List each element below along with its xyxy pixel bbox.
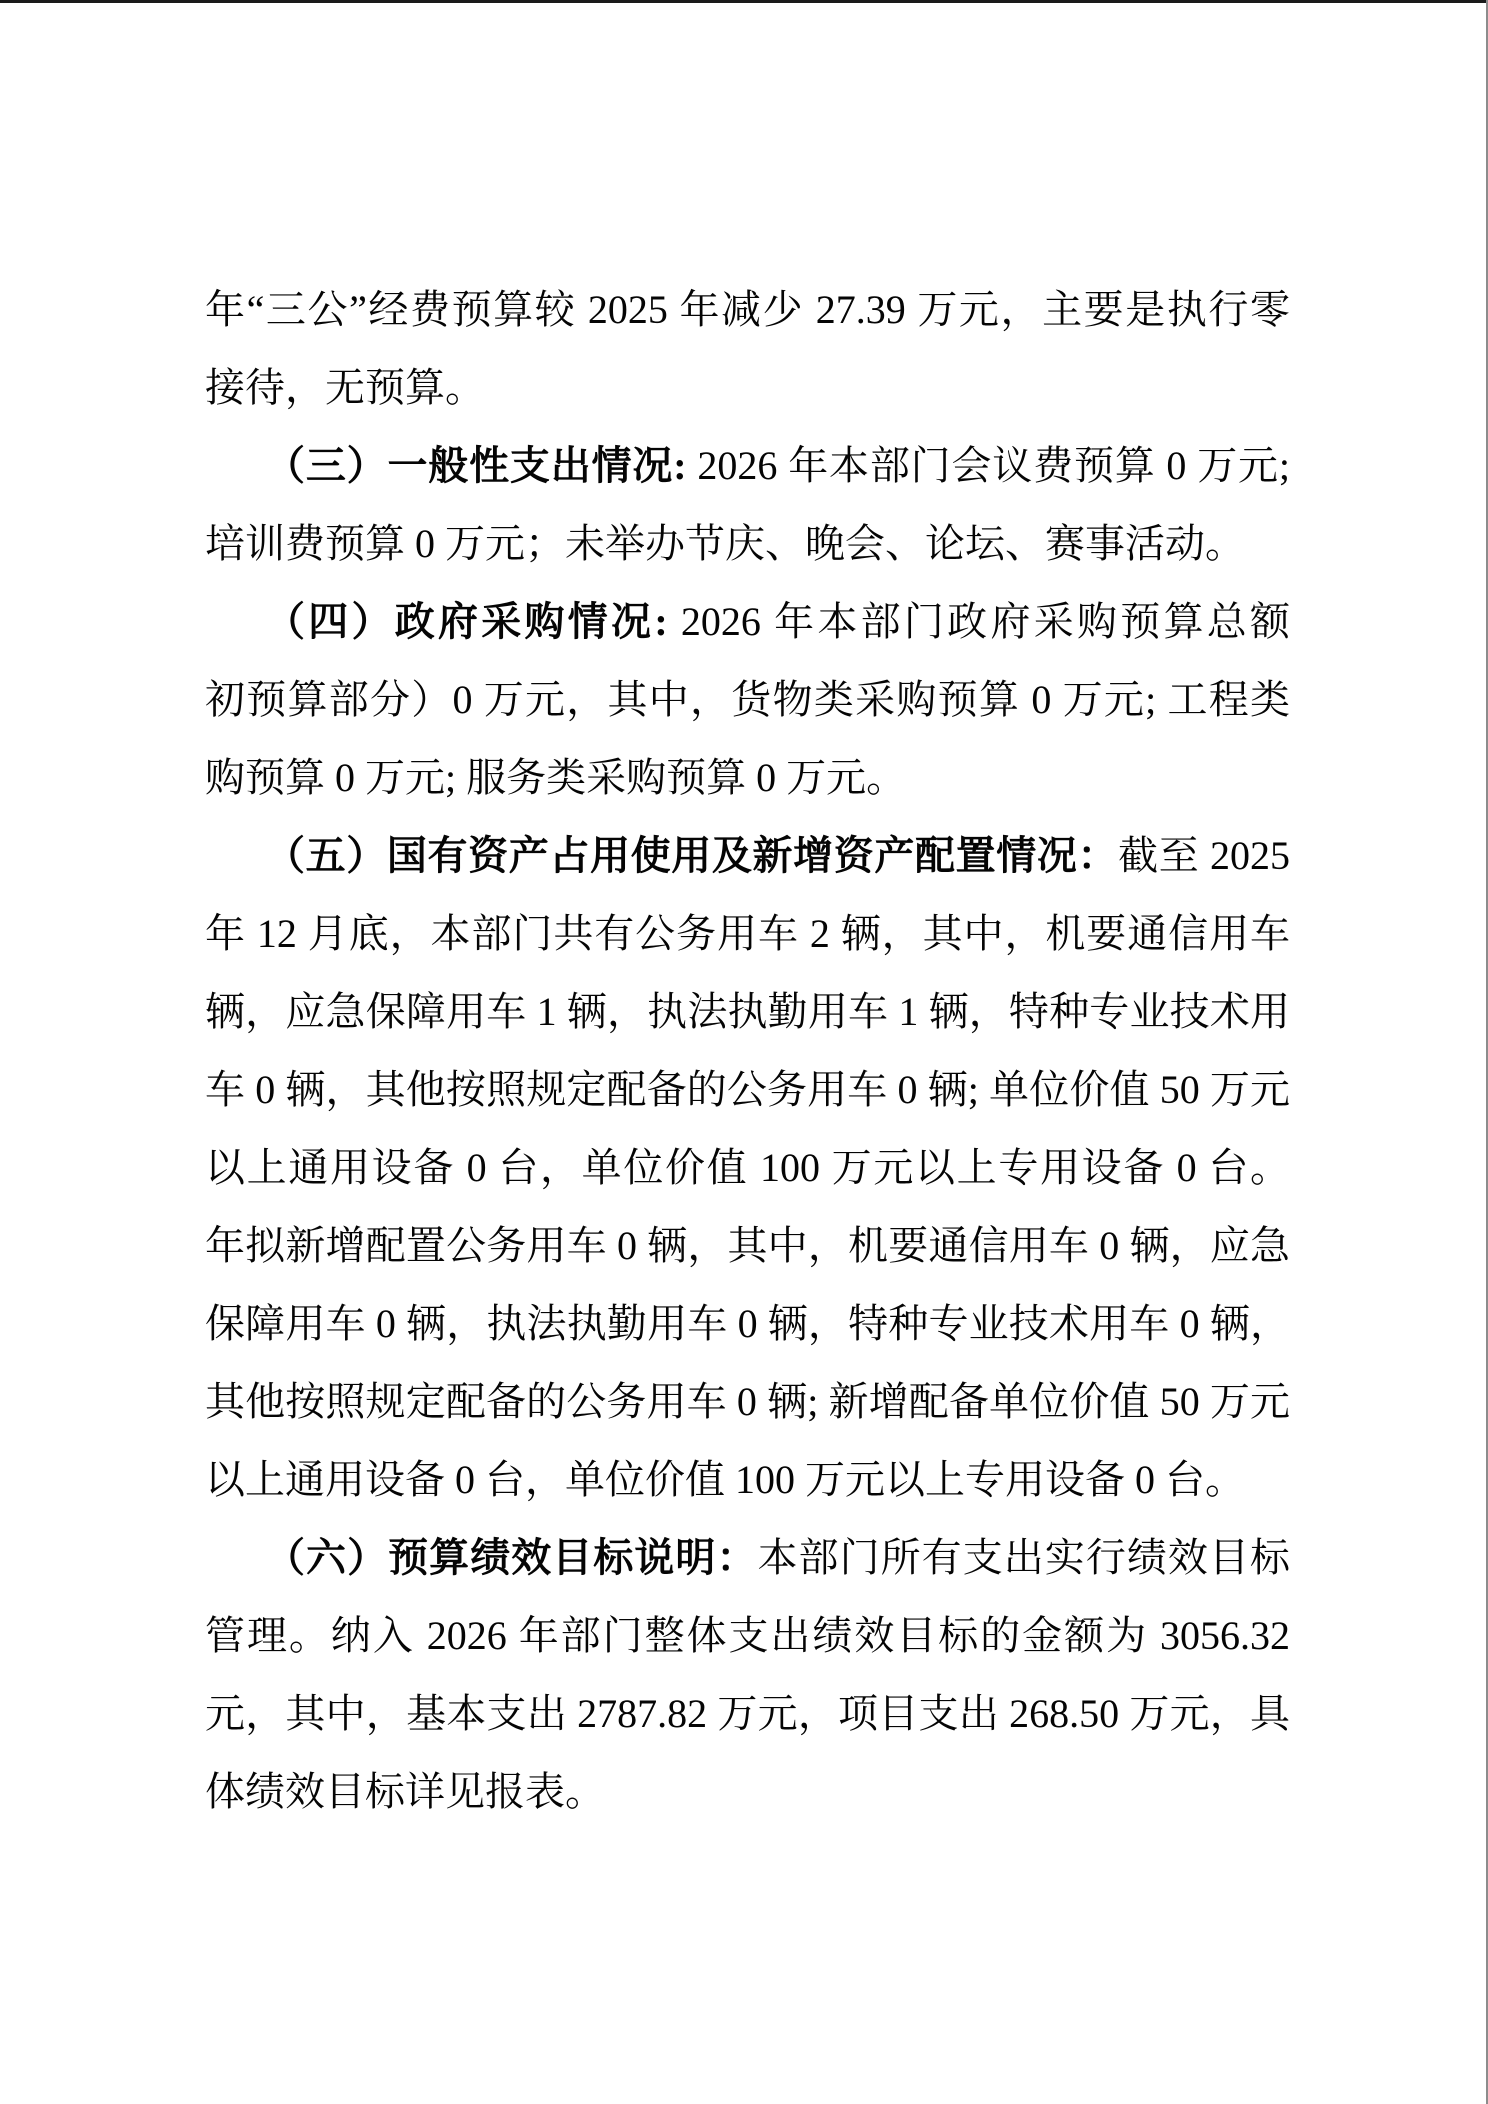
line-text: 体绩效目标详见报表。 [205,1769,605,1814]
text-line: 保障用车 0 辆，执法执勤用车 0 辆，特种专业技术用车 0 辆， [205,1285,1290,1363]
text-line: 初预算部分）0 万元，其中，货物类采购预算 0 万元; 工程类采 [205,661,1290,739]
text-line: 购预算 0 万元; 服务类采购预算 0 万元。 [205,739,1290,817]
page-top-edge [0,0,1488,3]
line-text: 其他按照规定配备的公务用车 0 辆; 新增配备单位价值 50 万元 [205,1379,1290,1424]
line-text: 购预算 0 万元; 服务类采购预算 0 万元。 [205,755,906,800]
line-text: 以上通用设备 0 台，单位价值 100 万元以上专用设备 0 台。 [205,1457,1245,1502]
text-line: 车 0 辆，其他按照规定配备的公务用车 0 辆; 单位价值 50 万元 [205,1051,1290,1129]
text-line: 体绩效目标详见报表。 [205,1753,1290,1831]
line-text: 培训费预算 0 万元；未举办节庆、晚会、论坛、赛事活动。 [205,521,1245,566]
line-text: 初预算部分）0 万元，其中，货物类采购预算 0 万元; 工程类采 [205,677,1290,739]
heading-bold: （四）政府采购情况: [265,599,668,644]
line-text: 保障用车 0 辆，执法执勤用车 0 辆，特种专业技术用车 0 辆， [205,1301,1290,1346]
line-text: 年拟新增配置公务用车 0 辆，其中，机要通信用车 0 辆，应急 [205,1223,1290,1268]
text-line: 年 12 月底，本部门共有公务用车 2 辆，其中，机要通信用车 0 [205,895,1290,973]
line-text: 车 0 辆，其他按照规定配备的公务用车 0 辆; 单位价值 50 万元 [205,1067,1290,1112]
line-text: 元，其中，基本支出 2787.82 万元，项目支出 268.50 万元，具 [205,1691,1290,1736]
text-line: 元，其中，基本支出 2787.82 万元，项目支出 268.50 万元，具 [205,1675,1290,1753]
heading-bold: （五）国有资产占用使用及新增资产配置情况： [265,833,1118,878]
line-text: 截至 2025 [1118,833,1290,878]
text-line: 管理。纳入 2026 年部门整体支出绩效目标的金额为 3056.32 万 [205,1597,1290,1675]
line-text: 管理。纳入 2026 年部门整体支出绩效目标的金额为 3056.32 万 [205,1613,1290,1675]
text-line: 以上通用设备 0 台，单位价值 100 万元以上专用设备 0 台。 [205,1441,1290,1519]
section-heading-line: （三）一般性支出情况: 2026 年本部门会议费预算 0 万元; [205,427,1290,505]
text-line: 年“三公”经费预算较 2025 年减少 27.39 万元，主要是执行零 [205,271,1290,349]
document-text-block: 年“三公”经费预算较 2025 年减少 27.39 万元，主要是执行零 接待，无… [205,271,1290,1831]
section-heading-line: （四）政府采购情况: 2026 年本部门政府采购预算总额（年 [205,583,1290,661]
line-text: 接待，无预算。 [205,365,485,410]
section-heading-line: （六）预算绩效目标说明：本部门所有支出实行绩效目标 [205,1519,1290,1597]
line-text: 2026 年本部门会议费预算 0 万元; [687,443,1290,488]
line-text: 年 12 月底，本部门共有公务用车 2 辆，其中，机要通信用车 0 [205,911,1290,973]
section-heading-line: （五）国有资产占用使用及新增资产配置情况：截至 2025 [205,817,1290,895]
heading-bold: （六）预算绩效目标说明： [265,1535,758,1580]
heading-bold: （三）一般性支出情况: [265,443,687,488]
line-text: 以上通用设备 0 台，单位价值 100 万元以上专用设备 0 台。2026 [205,1145,1290,1207]
line-text: 年“三公”经费预算较 2025 年减少 27.39 万元，主要是执行零 [205,287,1290,332]
text-line: 以上通用设备 0 台，单位价值 100 万元以上专用设备 0 台。2026 [205,1129,1290,1207]
text-line: 接待，无预算。 [205,349,1290,427]
line-text: 本部门所有支出实行绩效目标 [758,1535,1291,1580]
text-line: 其他按照规定配备的公务用车 0 辆; 新增配备单位价值 50 万元 [205,1363,1290,1441]
text-line: 辆，应急保障用车 1 辆，执法执勤用车 1 辆，特种专业技术用 [205,973,1290,1051]
document-page: 年“三公”经费预算较 2025 年减少 27.39 万元，主要是执行零 接待，无… [0,0,1488,2104]
line-text: 辆，应急保障用车 1 辆，执法执勤用车 1 辆，特种专业技术用 [205,989,1290,1034]
text-line: 年拟新增配置公务用车 0 辆，其中，机要通信用车 0 辆，应急 [205,1207,1290,1285]
text-line: 培训费预算 0 万元；未举办节庆、晚会、论坛、赛事活动。 [205,505,1290,583]
